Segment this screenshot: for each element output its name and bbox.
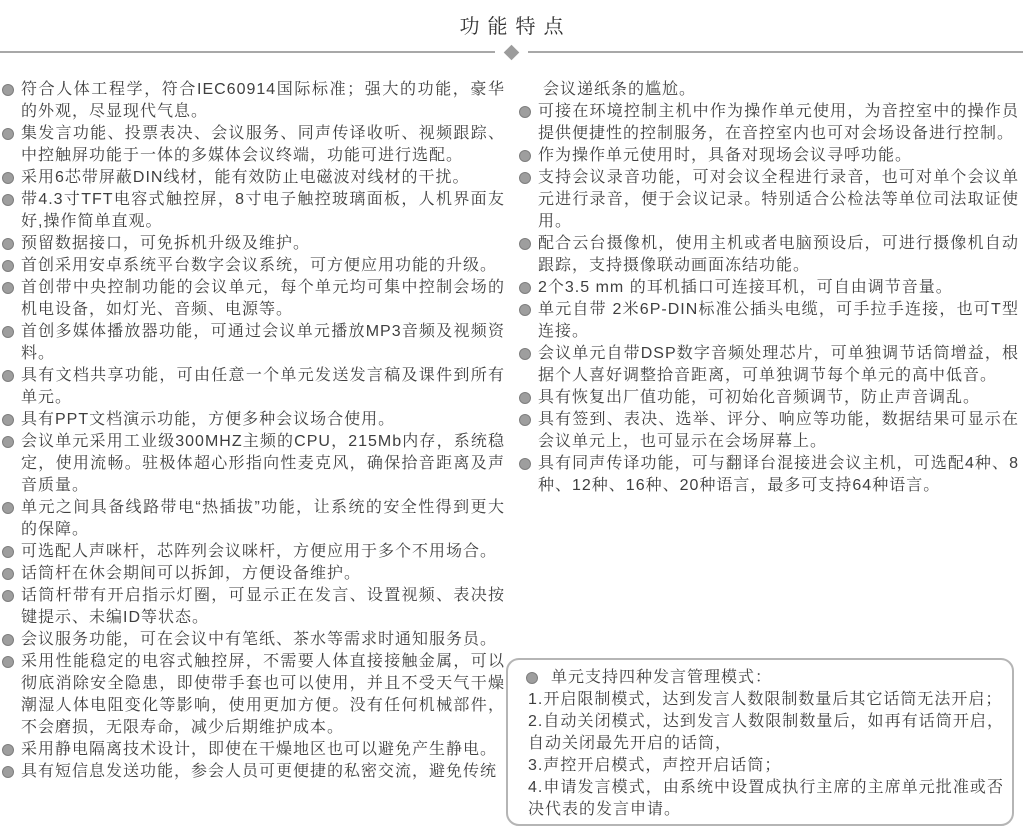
bullet-icon — [2, 590, 14, 602]
feature-item: 单元自带 2米6P-DIN标准公插头电缆，可手拉手连接，也可T型连接。 — [519, 299, 1019, 343]
feature-item-text: 具有签到、表决、选举、评分、响应等功能，数据结果可显示在会议单元上，也可显示在会… — [538, 411, 1019, 450]
feature-item-text: 支持会议录音功能，可对会议全程进行录音，也可对单个会议单元进行录音，便于会议记录… — [538, 169, 1019, 230]
bullet-icon — [2, 634, 14, 646]
bullet-icon — [2, 502, 14, 514]
feature-item: 采用静电隔离技术设计，即使在干燥地区也可以避免产生静电。 — [2, 739, 505, 761]
bullet-icon — [519, 414, 531, 426]
diamond-icon — [504, 44, 520, 60]
feature-item: 具有短信息发送功能，参会人员可更便捷的私密交流，避免传统 — [2, 761, 505, 783]
feature-item: 符合人体工程学，符合IEC60914国际标准；强大的功能，豪华的外观，尽显现代气… — [2, 79, 505, 123]
feature-item-text: 预留数据接口，可免拆机升级及维护。 — [21, 235, 310, 252]
feature-list-right: 可接在环境控制主机中作为操作单元使用，为音控室中的操作员提供便捷性的控制服务，在… — [519, 101, 1019, 497]
feature-item: 具有签到、表决、选举、评分、响应等功能，数据结果可显示在会议单元上，也可显示在会… — [519, 409, 1019, 453]
feature-item-text: 集发言功能、投票表决、会议服务、同声传译收听、视频跟踪、中控触屏功能于一体的多媒… — [21, 125, 505, 164]
bullet-icon — [2, 766, 14, 778]
speech-mode-line: 3.声控开启模式，声控开启话筒； — [528, 755, 1004, 777]
feature-column-right: 会议递纸条的尴尬。 可接在环境控制主机中作为操作单元使用，为音控室中的操作员提供… — [519, 79, 1019, 497]
feature-item: 集发言功能、投票表决、会议服务、同声传译收听、视频跟踪、中控触屏功能于一体的多媒… — [2, 123, 505, 167]
feature-item: 配合云台摄像机，使用主机或者电脑预设后，可进行摄像机自动跟踪，支持摄像联动画面冻… — [519, 233, 1019, 277]
feature-item: 单元之间具备线路带电“热插拔”功能，让系统的安全性得到更大的保障。 — [2, 497, 505, 541]
speech-modes-box: 单元支持四种发言管理模式： 1.开启限制模式，达到发言人数限制数量后其它话筒无法… — [506, 658, 1014, 826]
divider-line-left — [0, 51, 495, 53]
feature-item-text: 具有恢复出厂值功能，可初始化音频调节，防止声音调乱。 — [538, 389, 980, 406]
feature-item: 具有同声传译功能，可与翻译台混接进会议主机，可选配4种、8种、12种、16种、2… — [519, 453, 1019, 497]
feature-item-text: 带4.3寸TFT电容式触控屏，8寸电子触控玻璃面板，人机界面友好,操作简单直观。 — [21, 191, 505, 230]
title-divider — [0, 45, 1023, 59]
features-page: 功能特点 符合人体工程学，符合IEC60914国际标准；强大的功能，豪华的外观，… — [0, 0, 1023, 838]
feature-item-text: 可接在环境控制主机中作为操作单元使用，为音控室中的操作员提供便捷性的控制服务，在… — [538, 103, 1019, 142]
feature-item: 话筒杆带有开启指示灯圈，可显示正在发言、设置视频、表决按键提示、未编ID等状态。 — [2, 585, 505, 629]
feature-item-text: 话筒杆在休会期间可以拆卸，方便设备维护。 — [21, 565, 361, 582]
bullet-icon — [519, 458, 531, 470]
bullet-icon — [2, 744, 14, 756]
feature-item: 话筒杆在休会期间可以拆卸，方便设备维护。 — [2, 563, 505, 585]
speech-mode-line: 1.开启限制模式，达到发言人数限制数量后其它话筒无法开启； — [528, 689, 1004, 711]
feature-item-text: 2个3.5 mm 的耳机插口可连接耳机，可自由调节音量。 — [538, 279, 953, 296]
feature-item-text: 具有短信息发送功能，参会人员可更便捷的私密交流，避免传统 — [21, 763, 497, 780]
feature-item-text: 具有文档共享功能，可由任意一个单元发送发言稿及课件到所有单元。 — [21, 367, 505, 406]
feature-item-text: 具有同声传译功能，可与翻译台混接进会议主机，可选配4种、8种、12种、16种、2… — [538, 455, 1019, 494]
bullet-icon — [519, 172, 531, 184]
feature-column-left: 符合人体工程学，符合IEC60914国际标准；强大的功能，豪华的外观，尽显现代气… — [2, 79, 505, 783]
feature-item: 支持会议录音功能，可对会议全程进行录音，也可对单个会议单元进行录音，便于会议记录… — [519, 167, 1019, 233]
page-title: 功能特点 — [0, 10, 1023, 39]
feature-item-text: 会议单元采用工业级300MHZ主频的CPU，215Mb内存，系统稳定，使用流畅。… — [21, 433, 505, 494]
feature-item: 具有文档共享功能，可由任意一个单元发送发言稿及课件到所有单元。 — [2, 365, 505, 409]
feature-item-text: 首创采用安卓系统平台数字会议系统，可方便应用功能的升级。 — [21, 257, 497, 274]
feature-item: 会议单元自带DSP数字音频处理芯片，可单独调节话筒增益，根据个人喜好调整拾音距离… — [519, 343, 1019, 387]
bullet-icon — [519, 238, 531, 250]
feature-item: 首创带中央控制功能的会议单元，每个单元均可集中控制会场的机电设备，如灯光、音频、… — [2, 277, 505, 321]
feature-item-text: 可选配人声咪杆，芯阵列会议咪杆，方便应用于多个不用场合。 — [21, 543, 497, 560]
bullet-icon — [2, 172, 14, 184]
feature-item: 带4.3寸TFT电容式触控屏，8寸电子触控玻璃面板，人机界面友好,操作简单直观。 — [2, 189, 505, 233]
bullet-icon — [2, 370, 14, 382]
feature-item-text: 符合人体工程学，符合IEC60914国际标准；强大的功能，豪华的外观，尽显现代气… — [21, 81, 505, 120]
bullet-icon — [519, 348, 531, 360]
bullet-icon — [519, 304, 531, 316]
feature-item: 可接在环境控制主机中作为操作单元使用，为音控室中的操作员提供便捷性的控制服务，在… — [519, 101, 1019, 145]
feature-item-text: 话筒杆带有开启指示灯圈，可显示正在发言、设置视频、表决按键提示、未编ID等状态。 — [21, 587, 505, 626]
bullet-icon — [519, 392, 531, 404]
bullet-icon — [2, 238, 14, 250]
bullet-icon — [2, 656, 14, 668]
feature-item-text: 作为操作单元使用时，具备对现场会议寻呼功能。 — [538, 147, 912, 164]
feature-item: 采用6芯带屏蔽DIN线材，能有效防止电磁波对线材的干扰。 — [2, 167, 505, 189]
feature-list-left: 符合人体工程学，符合IEC60914国际标准；强大的功能，豪华的外观，尽显现代气… — [2, 79, 505, 783]
speech-modes-list: 1.开启限制模式，达到发言人数限制数量后其它话筒无法开启；2.自动关闭模式，达到… — [526, 689, 1004, 821]
feature-item-text: 首创多媒体播放器功能，可通过会议单元播放MP3音频及视频资料。 — [21, 323, 505, 362]
bullet-icon — [2, 282, 14, 294]
feature-item-text: 单元自带 2米6P-DIN标准公插头电缆，可手拉手连接，也可T型连接。 — [538, 301, 1019, 340]
bullet-icon — [2, 414, 14, 426]
feature-item: 具有PPT文档演示功能，方便多种会议场合使用。 — [2, 409, 505, 431]
bullet-icon — [2, 546, 14, 558]
bullet-icon — [519, 150, 531, 162]
bullet-icon — [526, 672, 538, 684]
bullet-icon — [2, 128, 14, 140]
bullet-icon — [2, 84, 14, 96]
feature-item: 可选配人声咪杆，芯阵列会议咪杆，方便应用于多个不用场合。 — [2, 541, 505, 563]
divider-line-right — [528, 51, 1023, 53]
feature-item-text: 采用静电隔离技术设计，即使在干燥地区也可以避免产生静电。 — [21, 741, 497, 758]
feature-item: 预留数据接口，可免拆机升级及维护。 — [2, 233, 505, 255]
bullet-icon — [2, 194, 14, 206]
bullet-icon — [2, 260, 14, 272]
bullet-icon — [2, 436, 14, 448]
feature-item: 首创多媒体播放器功能，可通过会议单元播放MP3音频及视频资料。 — [2, 321, 505, 365]
bullet-icon — [2, 326, 14, 338]
feature-item-text: 具有PPT文档演示功能，方便多种会议场合使用。 — [21, 411, 395, 428]
feature-item: 采用性能稳定的电容式触控屏，不需要人体直接接触金属，可以彻底消除安全隐患，即使带… — [2, 651, 505, 739]
bullet-icon — [2, 568, 14, 580]
feature-item: 2个3.5 mm 的耳机插口可连接耳机，可自由调节音量。 — [519, 277, 1019, 299]
bullet-icon — [519, 106, 531, 118]
feature-item-text: 单元之间具备线路带电“热插拔”功能，让系统的安全性得到更大的保障。 — [21, 499, 505, 538]
feature-item-continuation: 会议递纸条的尴尬。 — [543, 79, 1019, 101]
feature-item-text: 采用性能稳定的电容式触控屏，不需要人体直接接触金属，可以彻底消除安全隐患，即使带… — [21, 653, 505, 736]
speech-modes-heading: 单元支持四种发言管理模式： — [551, 669, 772, 686]
feature-item: 作为操作单元使用时，具备对现场会议寻呼功能。 — [519, 145, 1019, 167]
feature-item: 首创采用安卓系统平台数字会议系统，可方便应用功能的升级。 — [2, 255, 505, 277]
feature-item: 会议单元采用工业级300MHZ主频的CPU，215Mb内存，系统稳定，使用流畅。… — [2, 431, 505, 497]
feature-item-text: 配合云台摄像机，使用主机或者电脑预设后，可进行摄像机自动跟踪，支持摄像联动画面冻… — [538, 235, 1019, 274]
bullet-icon — [519, 282, 531, 294]
feature-item-text: 首创带中央控制功能的会议单元，每个单元均可集中控制会场的机电设备，如灯光、音频、… — [21, 279, 505, 318]
speech-mode-line: 2.自动关闭模式，达到发言人数限制数量后，如再有话筒开启，自动关闭最先开启的话筒… — [528, 711, 1004, 755]
feature-item-text: 采用6芯带屏蔽DIN线材，能有效防止电磁波对线材的干扰。 — [21, 169, 469, 186]
feature-item: 会议服务功能，可在会议中有笔纸、茶水等需求时通知服务员。 — [2, 629, 505, 651]
speech-modes-heading-row: 单元支持四种发言管理模式： — [526, 667, 1004, 689]
feature-item-text: 会议单元自带DSP数字音频处理芯片，可单独调节话筒增益，根据个人喜好调整拾音距离… — [538, 345, 1019, 384]
feature-item: 具有恢复出厂值功能，可初始化音频调节，防止声音调乱。 — [519, 387, 1019, 409]
feature-item-text: 会议服务功能，可在会议中有笔纸、茶水等需求时通知服务员。 — [21, 631, 497, 648]
speech-mode-line: 4.申请发言模式，由系统中设置成执行主席的主席单元批准或否决代表的发言申请。 — [528, 777, 1004, 821]
